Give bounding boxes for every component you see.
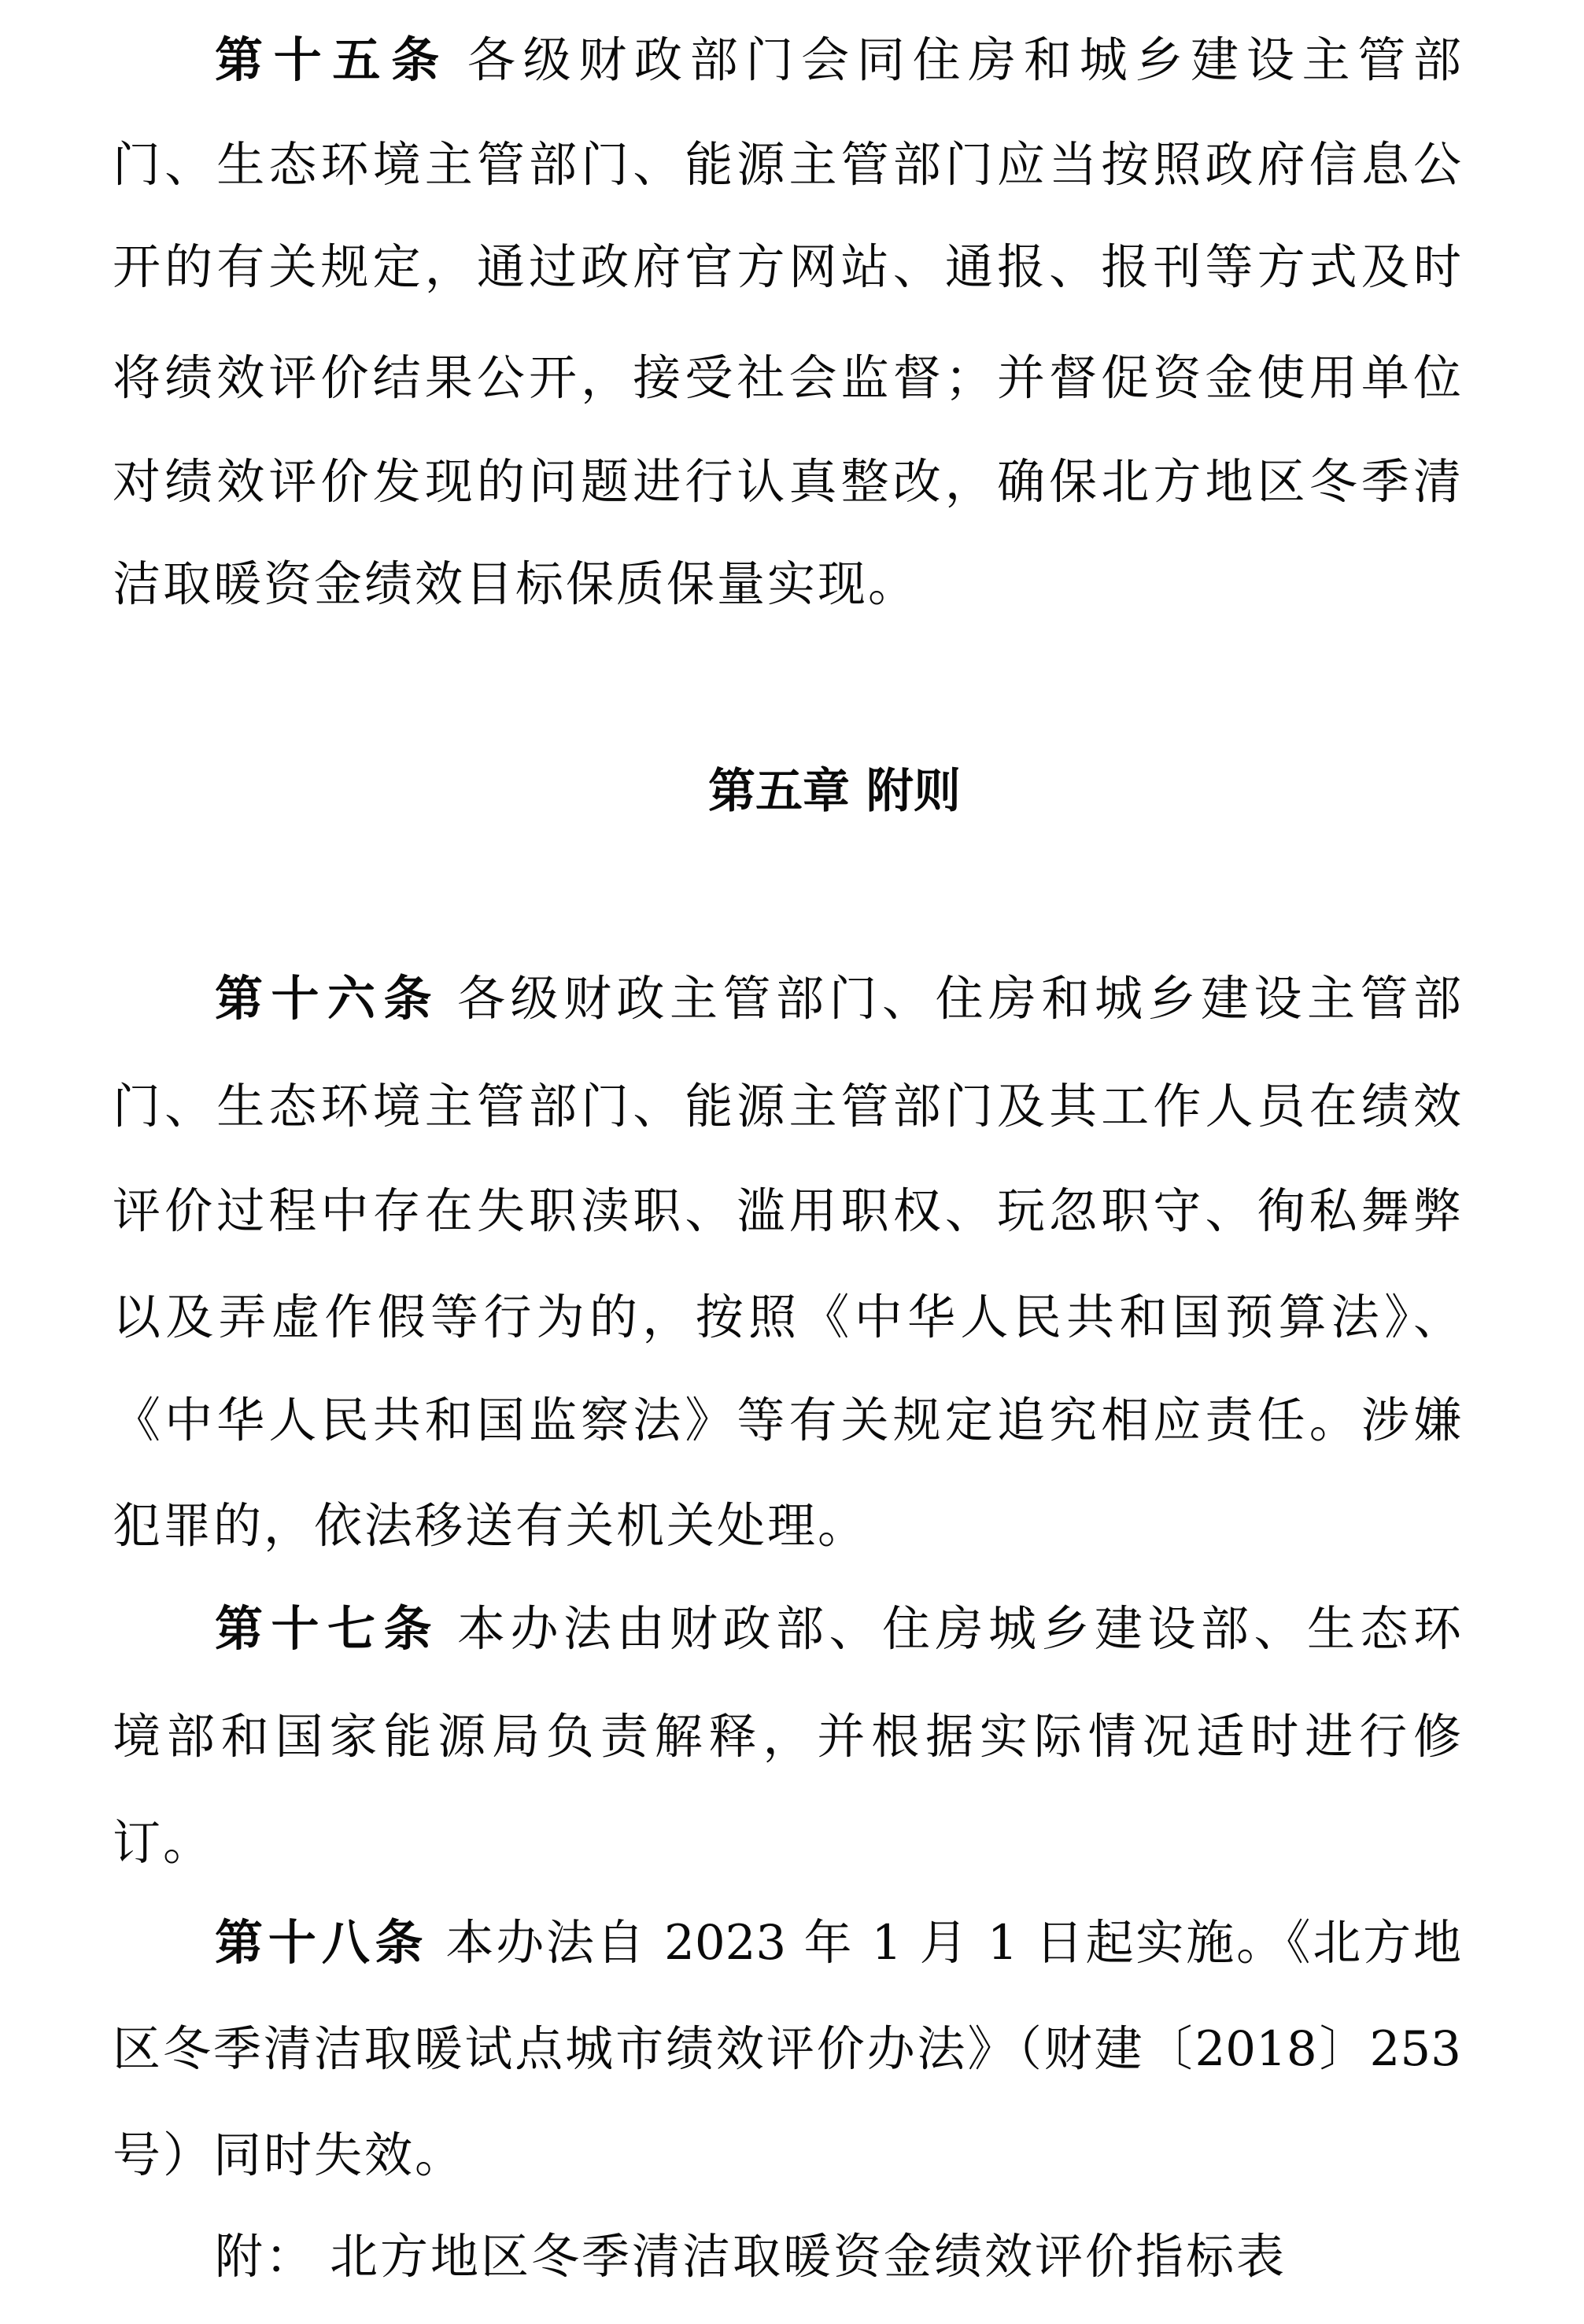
article-15-line-1: 第十五条各级财政部门会同住房和城乡建设主管部 [215, 33, 1461, 88]
article-17-text: 本办法由财政部、住房城乡建设部、生态环 [457, 1601, 1461, 1657]
article-16-line-2: 门、生态环境主管部门、能源主管部门及其工作人员在绩效 [113, 1079, 1461, 1134]
article-18-line-3: 号）同时失效。 [113, 2128, 465, 2183]
appendix-title: 北方地区冬季清洁取暖资金绩效评价指标表 [330, 2229, 1287, 2285]
article-16-line-5: 《中华人民共和国监察法》等有关规定追究相应责任。涉嫌 [113, 1393, 1461, 1448]
article-16-line-4: 以及弄虚作假等行为的，按照《中华人民共和国预算法》、 [113, 1290, 1461, 1345]
article-15-line-5: 对绩效评价发现的问题进行认真整改，确保北方地区冬季清 [113, 455, 1461, 510]
article-16-line-3: 评价过程中存在失职渎职、滥用职权、玩忽职守、徇私舞弊 [113, 1184, 1461, 1239]
article-18-line-1: 第十八条本办法自 2023 年 1 月 1 日起实施。《北方地 [215, 1916, 1461, 1971]
article-17-line-3: 订。 [113, 1816, 213, 1871]
article-15-line-4: 将绩效评价结果公开，接受社会监督；并督促资金使用单位 [113, 351, 1461, 406]
article-17-line-2: 境部和国家能源局负责解释，并根据实际情况适时进行修 [113, 1710, 1461, 1765]
article-18-label: 第十八条 [215, 1915, 428, 1971]
article-15-label: 第十五条 [215, 32, 450, 88]
appendix-prefix: 附： [215, 2229, 316, 2285]
article-17-label: 第十七条 [215, 1601, 440, 1657]
article-18-text: 本办法自 2023 年 1 月 1 日起实施。《北方地 [445, 1915, 1461, 1971]
article-16-line-1: 第十六条各级财政主管部门、住房和城乡建设主管部 [215, 972, 1461, 1027]
article-15-text: 各级财政部门会同住房和城乡建设主管部 [467, 32, 1461, 88]
article-15-line-6: 洁取暖资金绩效目标保质保量实现。 [113, 557, 918, 612]
article-18-line-2: 区冬季清洁取暖试点城市绩效评价办法》（财建〔2018〕253 [113, 2022, 1461, 2077]
article-16-label: 第十六条 [215, 971, 440, 1027]
article-16-text: 各级财政主管部门、住房和城乡建设主管部 [457, 971, 1461, 1027]
chapter-heading: 第五章 附则 [691, 763, 978, 820]
article-15-line-2: 门、生态环境主管部门、能源主管部门应当按照政府信息公 [113, 138, 1461, 193]
article-15-line-3: 开的有关规定，通过政府官方网站、通报、报刊等方式及时 [113, 240, 1461, 295]
article-17-line-1: 第十七条本办法由财政部、住房城乡建设部、生态环 [215, 1602, 1461, 1657]
appendix-line: 附：北方地区冬季清洁取暖资金绩效评价指标表 [215, 2230, 1287, 2285]
document-page: 第十五条各级财政部门会同住房和城乡建设主管部 门、生态环境主管部门、能源主管部门… [0, 0, 1584, 2324]
article-16-line-6: 犯罪的，依法移送有关机关处理。 [113, 1499, 868, 1554]
